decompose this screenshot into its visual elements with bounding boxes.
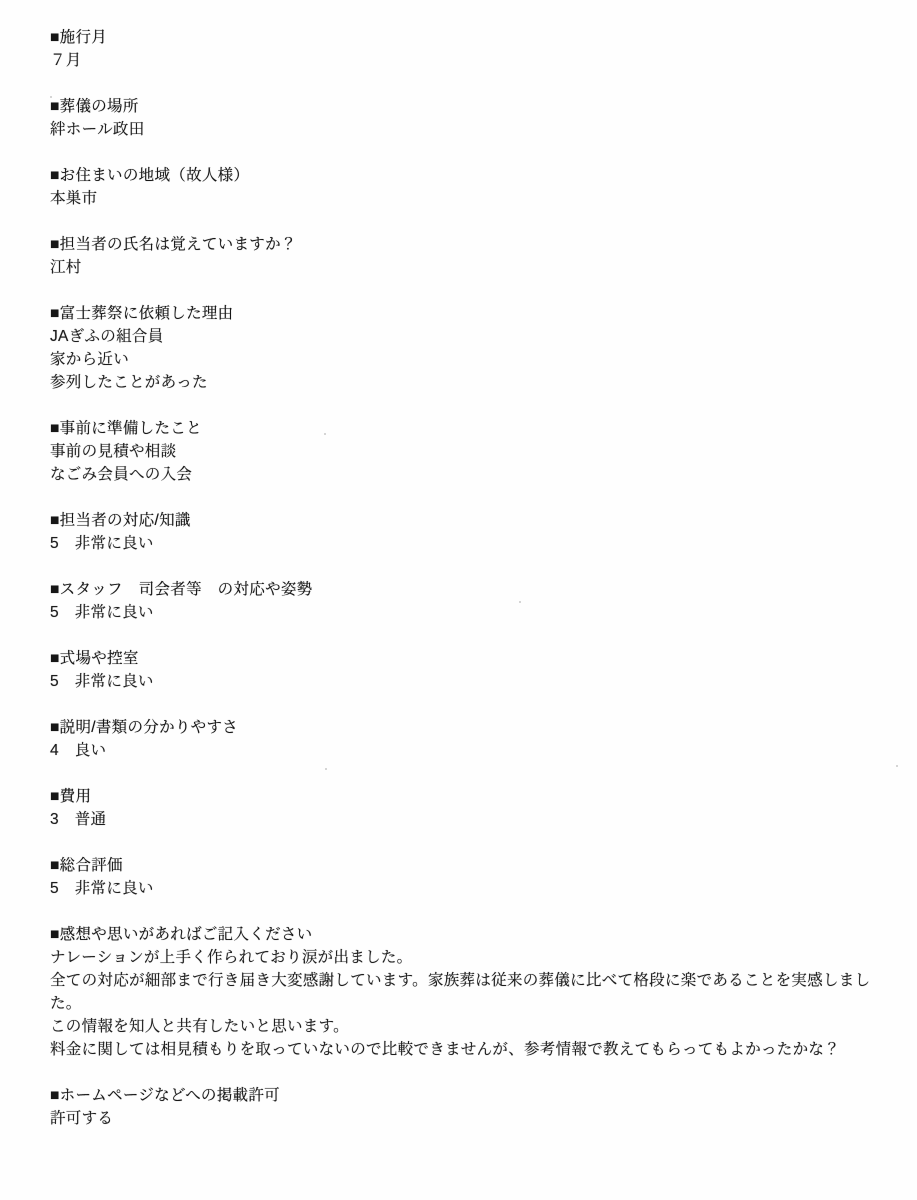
question-heading: ■費用 <box>50 785 877 808</box>
answer-line: 絆ホール政田 <box>50 118 877 141</box>
answer-line: ナレーションが上手く作られており涙が出ました。 <box>50 946 877 969</box>
answer-line: 事前の見積や相談 <box>50 440 877 463</box>
answer-line: 5 非常に良い <box>50 670 877 693</box>
scan-speck <box>50 96 52 98</box>
scan-speck <box>896 765 898 767</box>
scan-speck <box>324 433 326 435</box>
answer-line: 本巣市 <box>50 187 877 210</box>
survey-sections: ■施行月 ７月 ■葬儀の場所 絆ホール政田 ■お住まいの地域（故人様） 本巣市 … <box>50 26 877 1130</box>
answer-line: この情報を知人と共有したいと思います。 <box>50 1015 877 1038</box>
survey-section: ■総合評価 5 非常に良い <box>50 854 877 900</box>
survey-section: ■ホームページなどへの掲載許可 許可する <box>50 1084 877 1130</box>
question-heading: ■式場や控室 <box>50 647 877 670</box>
survey-section: ■お住まいの地域（故人様） 本巣市 <box>50 164 877 210</box>
survey-section: ■費用 3 普通 <box>50 785 877 831</box>
question-heading: ■感想や思いがあればご記入ください <box>50 923 877 946</box>
answer-line: 5 非常に良い <box>50 877 877 900</box>
survey-section: ■事前に準備したこと 事前の見積や相談なごみ会員への入会 <box>50 417 877 486</box>
survey-section: ■スタッフ 司会者等 の対応や姿勢 5 非常に良い <box>50 578 877 624</box>
question-heading: ■総合評価 <box>50 854 877 877</box>
question-heading: ■担当者の対応/知識 <box>50 509 877 532</box>
answer-line: 参列したことがあった <box>50 371 877 394</box>
survey-section: ■感想や思いがあればご記入ください ナレーションが上手く作られており涙が出ました… <box>50 923 877 1061</box>
question-heading: ■葬儀の場所 <box>50 95 877 118</box>
survey-section: ■富士葬祭に依頼した理由 JAぎふの組合員家から近い参列したことがあった <box>50 302 877 394</box>
survey-section: ■担当者の対応/知識 5 非常に良い <box>50 509 877 555</box>
answer-line: 3 普通 <box>50 808 877 831</box>
survey-section: ■葬儀の場所 絆ホール政田 <box>50 95 877 141</box>
answer-line: 4 良い <box>50 739 877 762</box>
scan-speck <box>519 601 521 603</box>
answer-line: 江村 <box>50 256 877 279</box>
question-heading: ■担当者の氏名は覚えていますか？ <box>50 233 877 256</box>
answer-line: 許可する <box>50 1107 877 1130</box>
scan-speck <box>325 768 327 770</box>
survey-section: ■担当者の氏名は覚えていますか？ 江村 <box>50 233 877 279</box>
answer-line: 全ての対応が細部まで行き届き大変感謝しています。家族葬は従来の葬儀に比べて格段に… <box>50 969 877 1015</box>
answer-line: JAぎふの組合員 <box>50 325 877 348</box>
answer-line: ７月 <box>50 49 877 72</box>
question-heading: ■スタッフ 司会者等 の対応や姿勢 <box>50 578 877 601</box>
answer-line: 料金に関しては相見積もりを取っていないので比較できませんが、参考情報で教えてもら… <box>50 1038 877 1061</box>
answer-line: なごみ会員への入会 <box>50 463 877 486</box>
answer-line: 5 非常に良い <box>50 601 877 624</box>
survey-section: ■式場や控室 5 非常に良い <box>50 647 877 693</box>
scanned-survey-document: ■施行月 ７月 ■葬儀の場所 絆ホール政田 ■お住まいの地域（故人様） 本巣市 … <box>0 0 917 1200</box>
question-heading: ■お住まいの地域（故人様） <box>50 164 877 187</box>
question-heading: ■ホームページなどへの掲載許可 <box>50 1084 877 1107</box>
question-heading: ■富士葬祭に依頼した理由 <box>50 302 877 325</box>
question-heading: ■施行月 <box>50 26 877 49</box>
survey-section: ■説明/書類の分かりやすさ 4 良い <box>50 716 877 762</box>
answer-line: 家から近い <box>50 348 877 371</box>
answer-line: 5 非常に良い <box>50 532 877 555</box>
question-heading: ■説明/書類の分かりやすさ <box>50 716 877 739</box>
survey-section: ■施行月 ７月 <box>50 26 877 72</box>
question-heading: ■事前に準備したこと <box>50 417 877 440</box>
